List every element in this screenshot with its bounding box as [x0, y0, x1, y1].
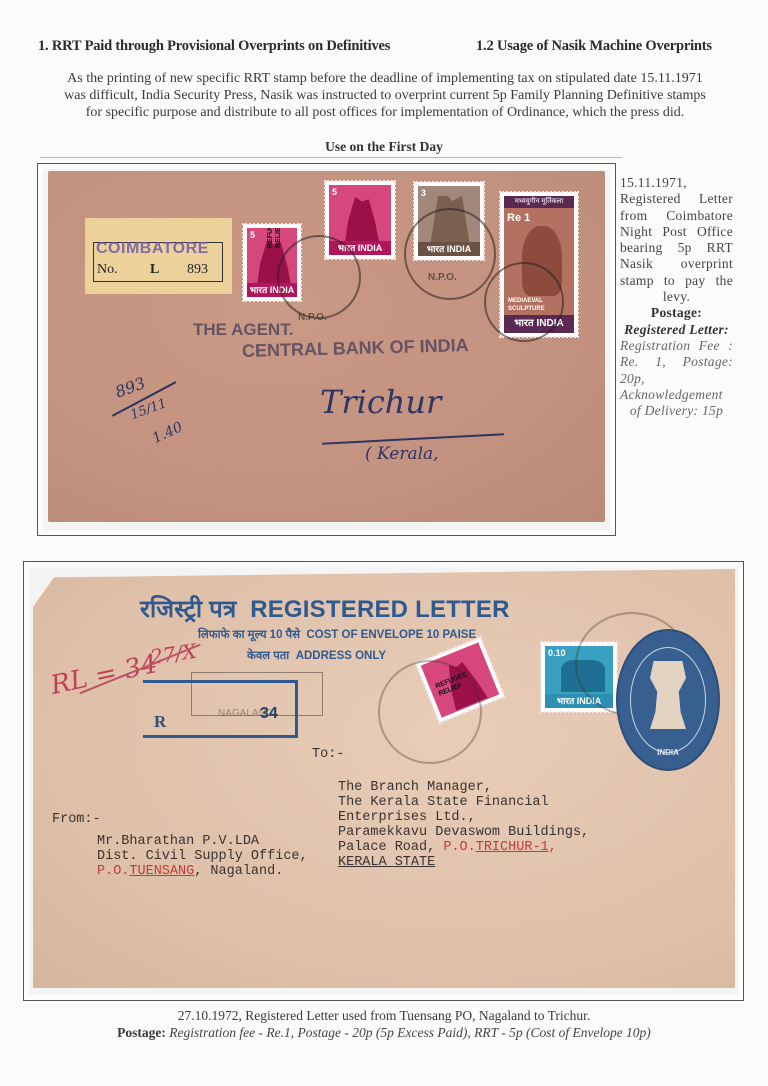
to-line: The Kerala State Financial [338, 795, 589, 810]
stamp-value: Re 1 [507, 212, 530, 224]
overprint-text: REFUGEE RELIEF [267, 224, 283, 248]
intro-line: for specific purpose and distribute to a… [30, 104, 740, 121]
registration-number: 893 [187, 262, 208, 278]
intro-paragraph: As the printing of new specific RRT stam… [30, 70, 740, 121]
registered-letter-label: Registered Letter: [620, 322, 733, 338]
cost-hindi: लिफाफे का मूल्य 10 पैसे [198, 629, 300, 641]
to-line: The Branch Manager, [338, 780, 589, 795]
postmark [404, 208, 496, 300]
from-line: Mr.Bharathan P.V.LDA [97, 834, 308, 849]
postage-imprint: INDIA [616, 629, 720, 771]
from-po-city: TUENSANG [129, 864, 194, 879]
stamp-value: 5 [250, 230, 255, 240]
to-label: To:- [312, 747, 344, 762]
stamp-value: 5 [332, 187, 337, 197]
cost-english: COST OF ENVELOPE 10 PAISE [306, 629, 476, 641]
registration-letter: R [154, 712, 166, 732]
to-line5-text: Palace Road, [338, 840, 443, 855]
title-english: REGISTERED LETTER [250, 596, 509, 623]
envelope-title: रजिस्ट्री पत्र REGISTERED LETTER [140, 592, 510, 625]
intro-line: was difficult, India Security Press, Nas… [30, 87, 740, 104]
cover2-caption: 27.10.1972, Registered Letter used from … [0, 1008, 768, 1024]
address-only-hindi: केवल पता [247, 650, 289, 662]
envelope-cost-line: लिफाफे का मूल्य 10 पैसे COST OF ENVELOPE… [198, 627, 476, 642]
postmark [484, 262, 564, 342]
postmark [378, 660, 482, 764]
postmark-text: N.P.O. [428, 272, 457, 283]
stamp-value: 3 [421, 188, 426, 198]
cachet-agent: THE AGENT. [193, 320, 293, 340]
to-line: Palace Road, P.O.TRICHUR-1, [338, 840, 589, 855]
section-title: 1. RRT Paid through Provisional Overprin… [38, 38, 390, 55]
from-po-rest: , Nagaland. [194, 864, 283, 879]
envelope-address-only-line: केवल पता ADDRESS ONLY [247, 648, 386, 663]
caption-postage-detail: Registration fee - Re.1, Postage - 20p (… [169, 1025, 651, 1040]
to-line: Enterprises Ltd., [338, 810, 589, 825]
from-line: P.O.TUENSANG, Nagaland. [97, 864, 308, 879]
to-po-city: TRICHUR-1 [476, 840, 549, 855]
address-only-english: ADDRESS ONLY [296, 650, 386, 662]
subsection-title: 1.2 Usage of Nasik Machine Overprints [476, 38, 712, 55]
registration-label: COIMBATORE No. L 893 [85, 218, 232, 294]
postage-label: Postage: [651, 305, 702, 320]
caption-postage-label: Postage: [117, 1025, 166, 1040]
address-state: ( Kerala, [365, 444, 439, 464]
registration-office: NAGALAND [218, 708, 273, 719]
title-hindi: रजिस्ट्री पत्र [140, 596, 236, 623]
to-address: The Branch Manager, The Kerala State Fin… [338, 780, 589, 870]
family-planning-figure [345, 197, 379, 242]
to-po-suffix: , [549, 840, 557, 855]
registration-series: L [150, 262, 159, 278]
address-city: Trichur [320, 383, 441, 421]
item1-heading: Use on the First Day [0, 139, 768, 155]
from-po-prefix: P.O. [97, 864, 129, 879]
divider [40, 157, 622, 158]
cover2-postage: Postage: Registration fee - Re.1, Postag… [0, 1025, 768, 1041]
postage-details: Registration Fee : Re. 1, Postage: 20p, … [620, 338, 733, 419]
cover1-description: 15.11.1971, Registered Letter from Coimb… [620, 175, 733, 419]
description-text: 15.11.1971, Registered Letter from Coimb… [620, 175, 733, 305]
to-po-prefix: P.O. [443, 840, 475, 855]
stamp-top-text: मध्ययुगीन मूर्तिकला [504, 196, 574, 208]
registration-no-label: No. [97, 262, 118, 278]
to-state: KERALA STATE [338, 855, 589, 870]
postmark-text: N.P.O. [298, 312, 327, 323]
imprint-country: INDIA [618, 748, 718, 757]
stamp-value: 0.10 [548, 648, 566, 658]
from-label: From:- [52, 812, 101, 827]
from-address: Mr.Bharathan P.V.LDA Dist. Civil Supply … [97, 834, 308, 879]
intro-line: As the printing of new specific RRT stam… [30, 70, 740, 87]
office-cachet: COIMBATORE [96, 240, 209, 258]
postmark [277, 235, 361, 319]
from-line: Dist. Civil Supply Office, [97, 849, 308, 864]
to-line: Paramekkavu Devaswom Buildings, [338, 825, 589, 840]
